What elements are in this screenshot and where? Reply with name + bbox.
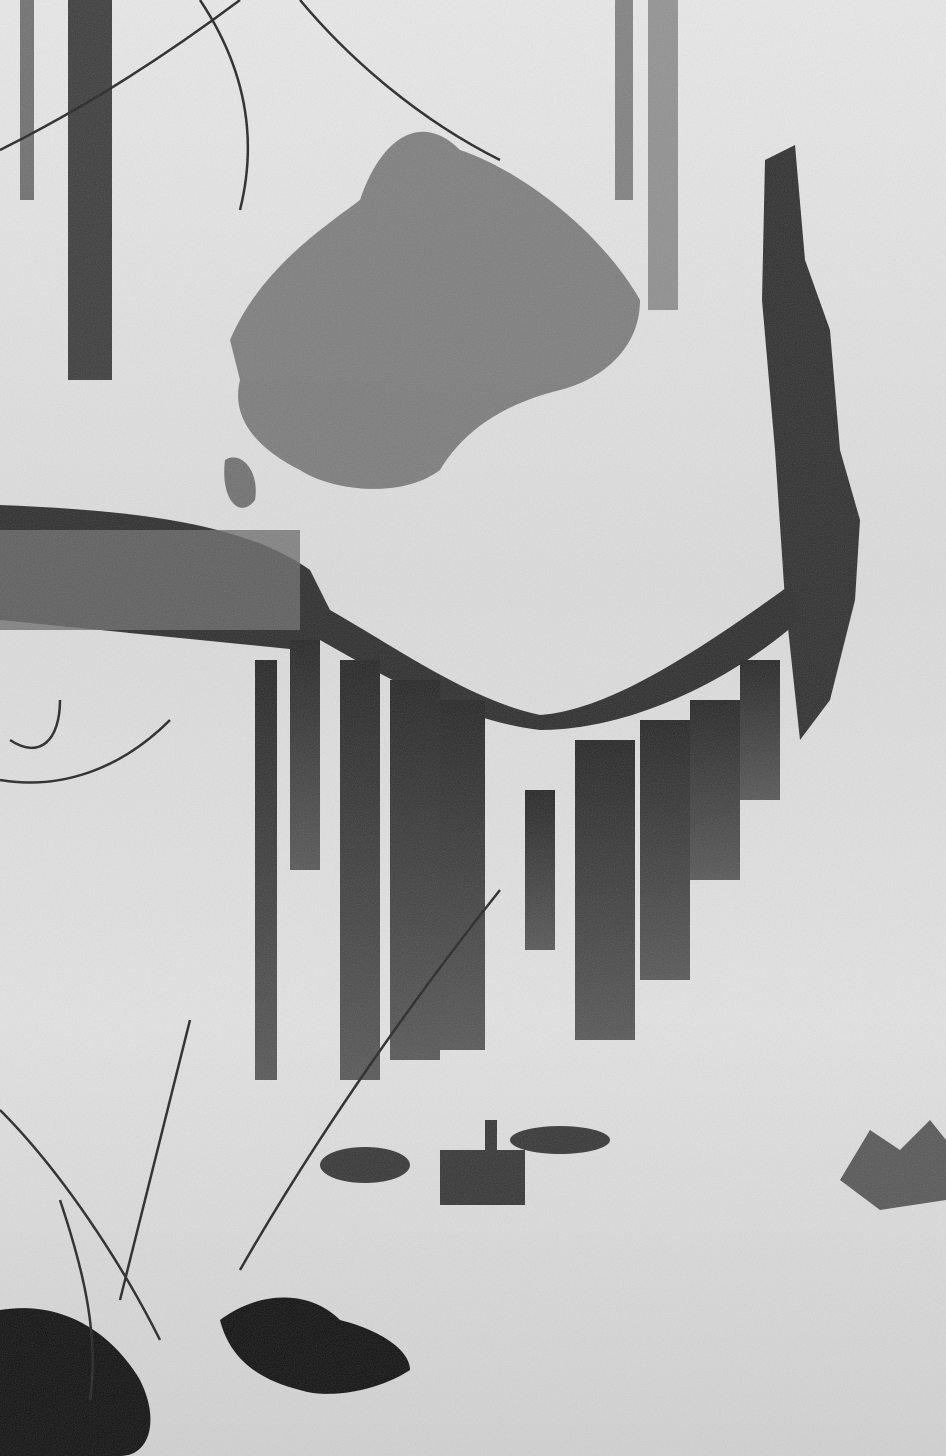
film-grain <box>0 0 946 1456</box>
photo-illustration <box>0 0 946 1456</box>
photo-scene <box>0 0 946 1456</box>
